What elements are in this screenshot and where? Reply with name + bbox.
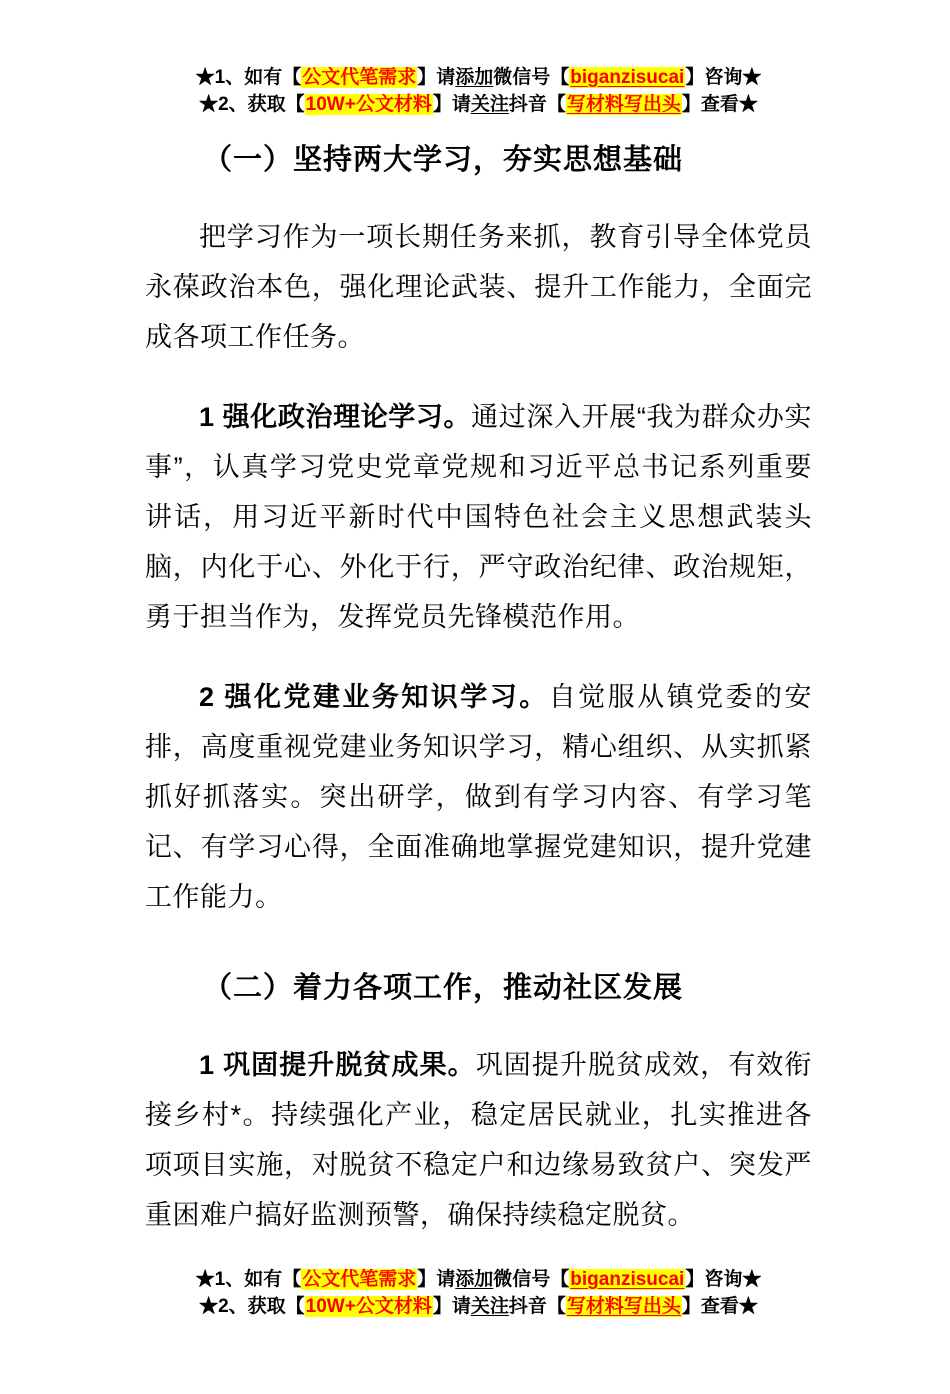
promo-text: ★1、如有【 — [196, 1269, 302, 1290]
promo-text: 】请 — [433, 1296, 471, 1317]
promo-line-1: ★1、如有【公文代笔需求】请添加微信号【biganzisucai】咨询★ — [145, 1266, 812, 1293]
promo-text: 抖音【 — [509, 1296, 566, 1317]
promo-text: 微信号【 — [493, 67, 569, 88]
paragraph-text: 自觉服从镇党委的安排，高度重视党建业务知识学习，精心组织、从实抓紧抓好抓落实。突… — [145, 682, 812, 912]
paragraph-text: 把学习作为一项长期任务来抓，教育引导全体党员永葆政治本色，强化理论武装、提升工作… — [145, 222, 812, 352]
promo-text: 微信号【 — [493, 1269, 569, 1290]
promo-highlight-wechat-id: biganzisucai — [569, 1269, 685, 1290]
promo-text: ★2、获取【 — [199, 94, 305, 115]
promo-text: ★1、如有【 — [196, 67, 302, 88]
promo-text: 】咨询★ — [685, 67, 761, 88]
promo-underline-text: 添加 — [455, 67, 493, 88]
paragraph: 1 巩固提升脱贫成果。巩固提升脱贫成效，有效衔接乡村*。持续强化产业，稳定居民就… — [145, 1040, 812, 1240]
promo-line-2: ★2、获取【10W+公文材料】请关注抖音【写材料写出头】查看★ — [145, 1293, 812, 1320]
promo-text: 】查看★ — [682, 1296, 758, 1317]
promo-text: 】咨询★ — [685, 1269, 761, 1290]
promo-header: ★1、如有【公文代笔需求】请添加微信号【biganzisucai】咨询★ ★2、… — [145, 64, 812, 118]
paragraph: 2 强化党建业务知识学习。自觉服从镇党委的安排，高度重视党建业务知识学习，精心组… — [145, 672, 812, 922]
paragraph-lead: 1 强化政治理论学习。 — [199, 402, 471, 432]
paragraph-lead: 2 强化党建业务知识学习。 — [199, 682, 549, 712]
promo-highlight-douyin-id: 写材料写出头 — [566, 94, 682, 115]
promo-text: 】请 — [417, 67, 455, 88]
promo-text: 抖音【 — [509, 94, 566, 115]
promo-underline-text: 关注 — [471, 94, 509, 115]
promo-highlight: 10W+公文材料 — [305, 94, 433, 115]
promo-underline-text: 关注 — [471, 1296, 509, 1317]
promo-highlight: 公文代笔需求 — [301, 1269, 417, 1290]
promo-line-2: ★2、获取【10W+公文材料】请关注抖音【写材料写出头】查看★ — [145, 91, 812, 118]
section-heading-1: （一）坚持两大学习，夯实思想基础 — [145, 138, 812, 182]
promo-highlight: 公文代笔需求 — [301, 67, 417, 88]
promo-underline-text: 添加 — [455, 1269, 493, 1290]
promo-text: 】查看★ — [682, 94, 758, 115]
promo-highlight: 10W+公文材料 — [305, 1296, 433, 1317]
paragraph: 把学习作为一项长期任务来抓，教育引导全体党员永葆政治本色，强化理论武装、提升工作… — [145, 212, 812, 362]
section-heading-2: （二）着力各项工作，推动社区发展 — [145, 966, 812, 1010]
paragraph-text: 通过深入开展“我为群众办实事”，认真学习党史党章党规和习近平总书记系列重要讲话，… — [145, 402, 812, 632]
paragraph: 1 强化政治理论学习。通过深入开展“我为群众办实事”，认真学习党史党章党规和习近… — [145, 392, 812, 642]
promo-text: 】请 — [417, 1269, 455, 1290]
promo-highlight-wechat-id: biganzisucai — [569, 67, 685, 88]
promo-footer: ★1、如有【公文代笔需求】请添加微信号【biganzisucai】咨询★ ★2、… — [145, 1266, 812, 1320]
promo-highlight-douyin-id: 写材料写出头 — [566, 1296, 682, 1317]
paragraph-lead: 1 巩固提升脱贫成果。 — [199, 1050, 476, 1080]
promo-text: 】请 — [433, 94, 471, 115]
document-page: ★1、如有【公文代笔需求】请添加微信号【biganzisucai】咨询★ ★2、… — [0, 0, 950, 1394]
promo-text: ★2、获取【 — [199, 1296, 305, 1317]
promo-line-1: ★1、如有【公文代笔需求】请添加微信号【biganzisucai】咨询★ — [145, 64, 812, 91]
